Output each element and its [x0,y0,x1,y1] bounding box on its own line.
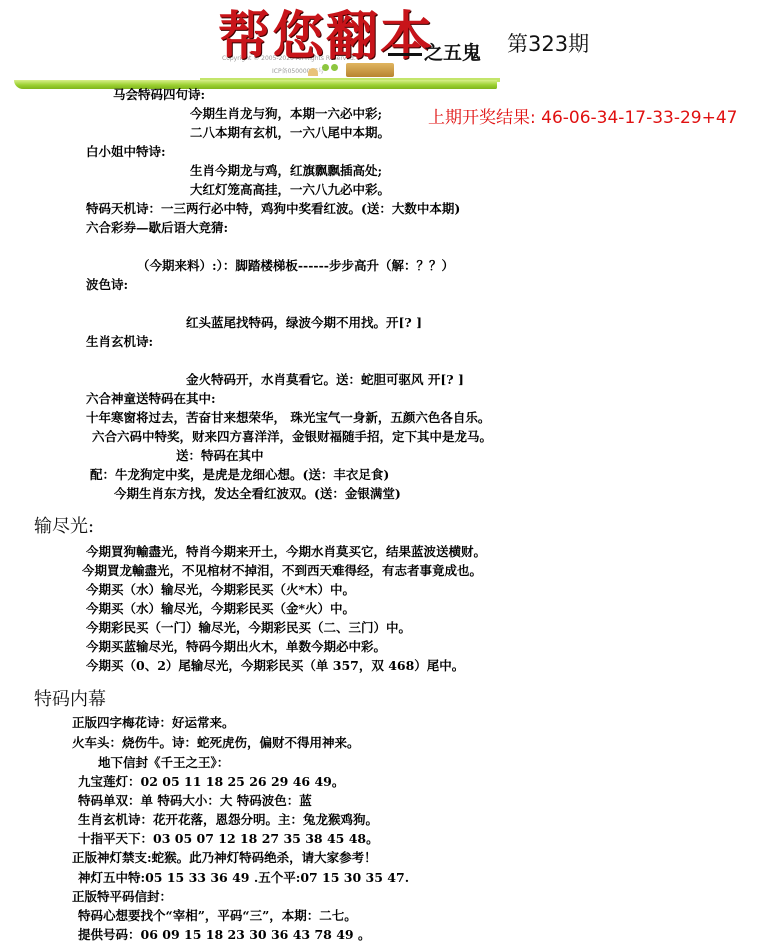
bai-line-1: 生肖今期龙与鸡，红旗飘飘插高处; [190,162,382,180]
neimu-line: 火车头：烧伤牛。诗：蛇死虎伤，偏财不得用神来。 [72,734,360,752]
neimu-line: 九宝莲灯：02 05 11 18 25 26 29 46 49。 [78,773,344,791]
page-subtitle: 之五鬼 [388,38,481,65]
issue-number: 第323期 [507,28,589,58]
mahui-line-1: 今期生肖龙与狗，本期一六必中彩; [190,105,382,123]
shujinguang-heading: 输尽光: [34,512,94,538]
neimu-line: 生肖玄机诗：花开花落，恩怨分明。主：兔龙猴鸡狗。 [78,811,378,829]
mahui-line-2: 二八本期有玄机，一六八尾中本期。 [190,124,390,142]
shujinguang-line: 今期買狗輸盡光，特肖今期来开土，今期水肖莫买它，结果蓝波送横财。 [86,543,486,561]
shentong-line-4: 配：牛龙狗定中奖，是虎是龙细心想。(送：丰衣足食) [90,466,389,484]
bose-title: 波色诗: [86,276,128,294]
last-result-numbers: 46-06-34-17-33-29+47 [541,108,737,128]
shentong-title: 六合神童送特码在其中: [86,390,216,408]
neimu-line: 正版特平码信封： [72,888,172,906]
title-dash [388,53,422,56]
neimu-line: 正版四字梅花诗：好运常来。 [72,714,235,732]
neimu-line: 十指平天下：03 05 07 12 18 27 35 38 45 48。 [78,830,379,848]
xiehouyu-line: （今期来料）:）：脚踏楼梯板------步步高升（解：？？） [137,257,454,275]
mahui-title: 马会特码四句诗: [113,86,205,104]
shujinguang-line: 今期买蓝输尽光，特码今期出火木，单数今期必中彩。 [86,638,386,656]
neimu-line: 提供号码：06 09 15 18 23 30 36 43 78 49 。 [78,926,370,942]
shentong-line-5: 今期生肖东方找，发达全看红波双。(送：金银满堂) [114,485,401,503]
bai-title: 白小姐中特诗: [86,143,166,161]
neimu-heading: 特码内幕 [34,685,106,711]
banner-green-bar [14,80,497,89]
last-result-label: 上期开奖结果: [428,108,536,128]
shentong-line-2: 六合六码中特奖，财来四方喜洋洋，金银财福随手招，定下其中是龙马。 [92,428,492,446]
tianji-poem: 特码天机诗：一三两行必中特，鸡狗中奖看红波。(送：大数中本期) [86,200,460,218]
bai-line-2: 大红灯笼高高挂，一六八九必中彩。 [190,181,390,199]
shentong-line-1: 十年寒窗将过去，苦奋甘来想荣华， 珠光宝气一身新，五颜六色各自乐。 [86,409,490,427]
neimu-line: 特码心想要找个“宰相”，平码“三”，本期：二七。 [78,907,357,925]
shujinguang-line: 今期買龙輸盡光，不见棺材不掉泪，不到西天难得经，有志者事竟成也。 [82,562,482,580]
header-banner: Copyright © 2005-2020 All Rights Reserve… [0,0,775,90]
neimu-line: 神灯五中特:05 15 33 36 49 .五个平:07 15 30 35 47… [78,869,409,887]
neimu-line: 正版神灯禁支:蛇猴。此乃神灯特码绝杀，请大家参考！ [72,849,377,867]
neimu-line: 地下信封《千王之王》： [98,754,229,772]
shujinguang-line: 今期彩民买（一门）输尽光，今期彩民买（二、三门）中。 [86,619,411,637]
shentong-line-3: 送：特码在其中 [176,447,264,465]
shujinguang-line: 今期买（水）输尽光，今期彩民买（火*木）中。 [86,581,355,599]
subtitle-text: 之五鬼 [424,42,481,64]
shengxiao-line: 金火特码开，水肖莫看它。送：蛇胆可驱风 开[? ] [186,371,464,389]
bose-line: 红头蓝尾找特码，绿波今期不用找。开[? ] [186,314,422,332]
shujinguang-line: 今期买（水）输尽光，今期彩民买（金*火）中。 [86,600,355,618]
shengxiao-title: 生肖玄机诗: [86,333,153,351]
last-result: 上期开奖结果: 46-06-34-17-33-29+47 [428,103,737,128]
xiehouyu-title: 六合彩券—歇后语大竞猜: [86,219,228,237]
shujinguang-line: 今期买（0、2）尾输尽光，今期彩民买（单 357，双 468）尾中。 [86,657,464,675]
neimu-line: 特码单双：单 特码大小：大 特码波色：蓝 [78,792,312,810]
